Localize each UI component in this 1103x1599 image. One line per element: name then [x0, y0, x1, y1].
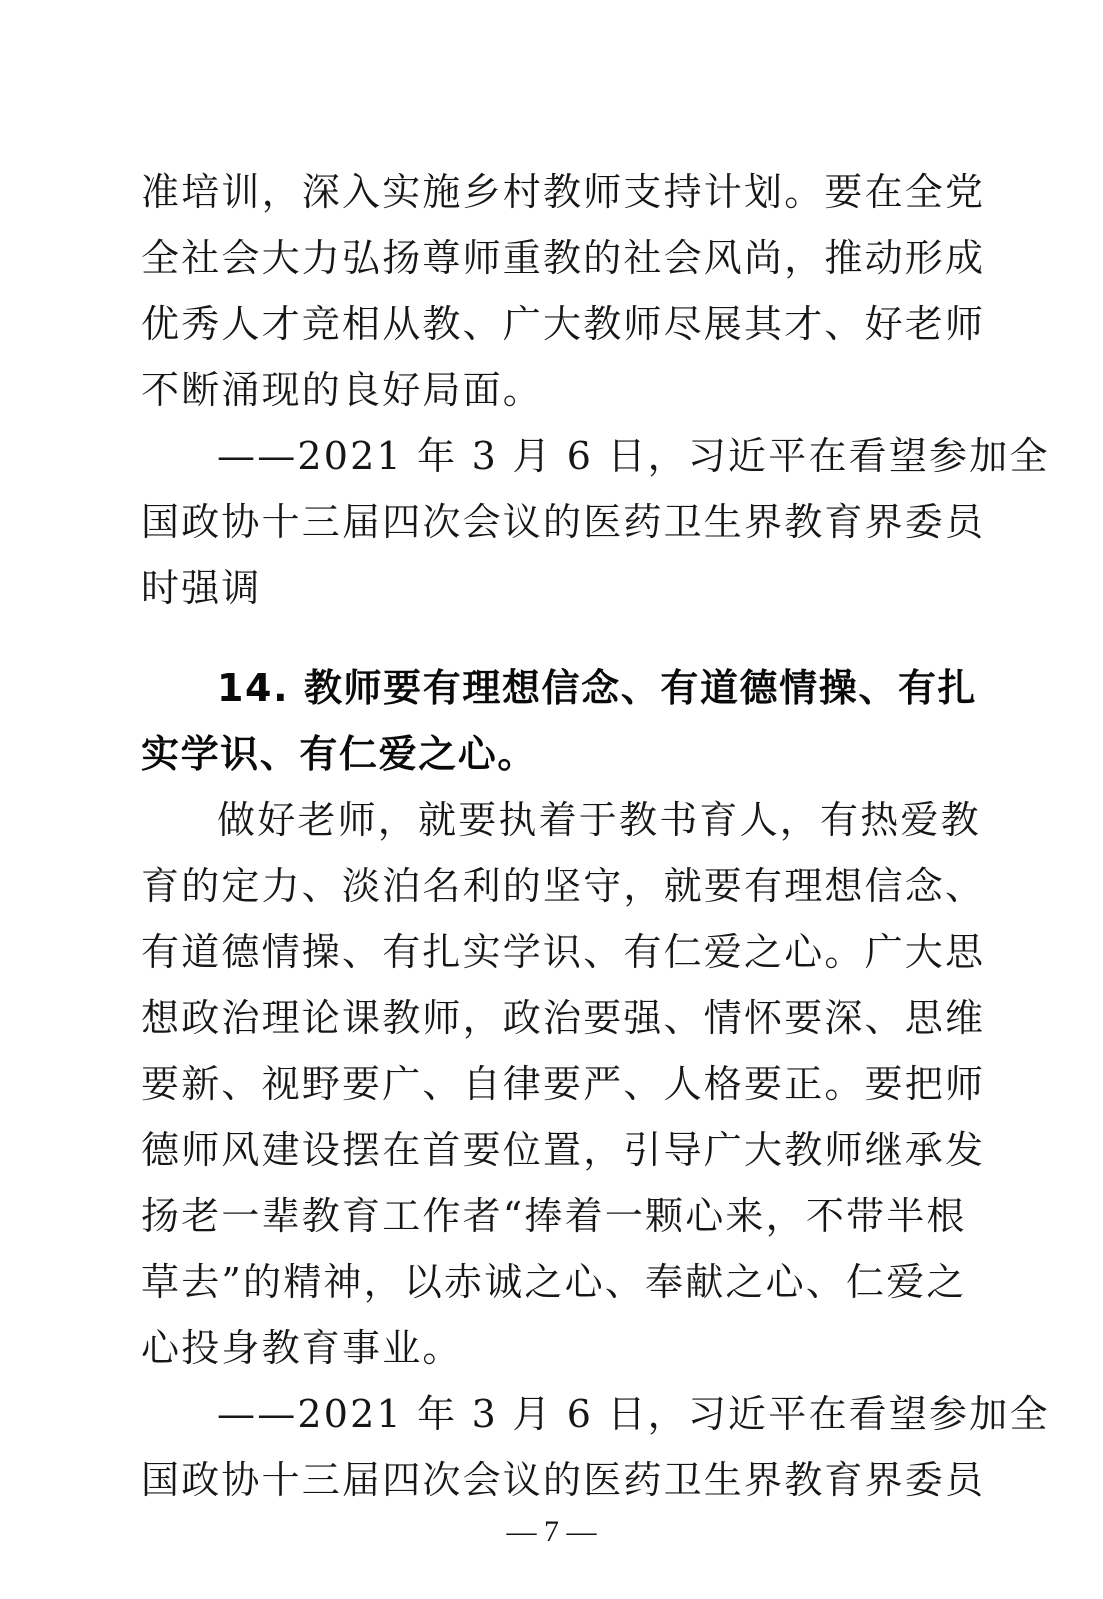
- text-line: 心投身教育事业。: [141, 1320, 941, 1376]
- text-line: 国政协十三届四次会议的医药卫生界教育界委员: [141, 494, 941, 550]
- text-line: 草去”的精神，以赤诚之心、奉献之心、仁爱之: [141, 1254, 941, 1310]
- text-line: 育的定力、淡泊名利的坚守，就要有理想信念、: [141, 858, 941, 914]
- text-line: 准培训，深入实施乡村教师支持计划。要在全党: [141, 164, 941, 220]
- text-line: 做好老师，就要执着于教书育人，有热爱教: [217, 792, 941, 848]
- text-line: 国政协十三届四次会议的医药卫生界教育界委员: [141, 1452, 941, 1508]
- text-line: 德师风建设摆在首要位置，引导广大教师继承发: [141, 1122, 941, 1178]
- text-line: 想政治理论课教师，政治要强、情怀要深、思维: [141, 990, 941, 1046]
- text-line: 扬老一辈教育工作者“捧着一颗心来，不带半根: [141, 1188, 941, 1244]
- document-page: 准培训，深入实施乡村教师支持计划。要在全党 全社会大力弘扬尊师重教的社会风尚，推…: [0, 0, 1103, 1599]
- text-line: 有道德情操、有扎实学识、有仁爱之心。广大思: [141, 924, 941, 980]
- heading-line: 14. 教师要有理想信念、有道德情操、有扎: [217, 660, 941, 716]
- text-line: 全社会大力弘扬尊师重教的社会风尚，推动形成: [141, 230, 941, 286]
- text-line: 优秀人才竞相从教、广大教师尽展其才、好老师: [141, 296, 941, 352]
- text-line: ——2021 年 3 月 6 日，习近平在看望参加全: [217, 428, 941, 484]
- text-line: ——2021 年 3 月 6 日，习近平在看望参加全: [217, 1386, 941, 1442]
- text-line: 时强调: [141, 560, 941, 616]
- text-line: 要新、视野要广、自律要严、人格要正。要把师: [141, 1056, 941, 1112]
- page-number: — 7 —: [0, 1512, 1103, 1552]
- heading-line: 实学识、有仁爱之心。: [141, 726, 941, 782]
- text-line: 不断涌现的良好局面。: [141, 362, 941, 418]
